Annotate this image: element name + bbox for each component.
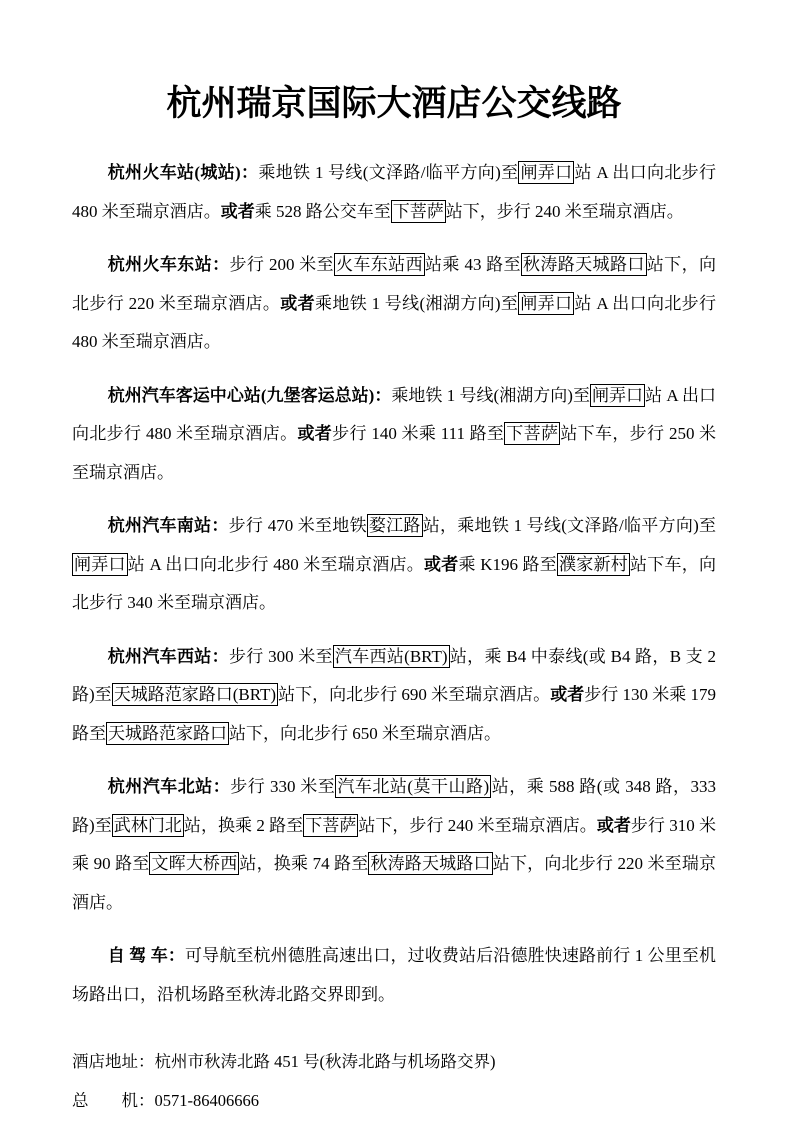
section-heading: 杭州汽车西站： [108,647,229,666]
boxed-stop-name: 文晖大桥西 [149,852,239,875]
hotel-address-line: 酒店地址：杭州市秋涛北路 451 号(秋涛北路与机场路交界) [72,1042,716,1081]
section-heading: 杭州火车东站： [108,255,230,274]
route-sections: 杭州火车站(城站)：乘地铁 1 号线(文泽路/临平方向)至闸弄口站 A 出口向北… [72,154,716,1014]
body-text: 乘 K196 路至 [459,555,558,574]
boxed-stop-name: 火车东站西 [334,253,425,276]
body-text: 站下，向北步行 650 米至瑞京酒店。 [229,724,501,743]
body-text: 站下，向北步行 690 米至瑞京酒店。 [278,685,550,704]
route-paragraph: 杭州汽车南站：步行 470 米至地铁婺江路站，乘地铁 1 号线(文泽路/临平方向… [72,507,716,623]
section-heading: 杭州汽车客运中心站(九堡客运总站)： [108,386,392,405]
body-text: 乘地铁 1 号线(湘湖方向)至 [315,294,518,313]
boxed-stop-name: 闸弄口 [72,553,128,576]
body-text: 或者 [297,424,332,443]
body-text: 乘 528 路公交车至 [255,202,391,221]
body-text: 步行 300 米至 [229,647,333,666]
hotel-address-value: 杭州市秋涛北路 451 号(秋涛北路与机场路交界) [155,1052,496,1071]
body-text: 步行 330 米至 [230,777,335,796]
section-heading: 杭州汽车南站： [108,516,229,535]
boxed-stop-name: 武林门北 [112,814,184,837]
body-text: 或者 [597,816,631,835]
boxed-stop-name: 闸弄口 [518,292,574,315]
boxed-stop-name: 汽车北站(莫干山路) [335,775,491,798]
boxed-stop-name: 濮家新村 [557,553,630,576]
boxed-stop-name: 天城路范家路口(BRT) [112,683,278,706]
section-heading: 杭州火车站(城站)： [108,163,259,182]
body-text: 步行 200 米至 [230,255,334,274]
boxed-stop-name: 闸弄口 [590,384,645,407]
hotel-phone-label: 总 机： [72,1091,155,1110]
boxed-stop-name: 下菩萨 [391,200,446,223]
body-text: 或者 [280,294,315,313]
route-paragraph: 杭州火车东站：步行 200 米至火车东站西站乘 43 路至秋涛路天城路口站下，向… [72,246,716,362]
section-heading: 自 驾 车： [108,946,185,965]
boxed-stop-name: 婺江路 [367,514,423,537]
body-text: 站下，步行 240 米至瑞京酒店。 [446,202,684,221]
body-text: 站，乘地铁 1 号线(文泽路/临平方向)至 [423,516,716,535]
body-text: 站乘 43 路至 [425,255,521,274]
body-text: 站，换乘 2 路至 [184,816,303,835]
route-paragraph: 自 驾 车：可导航至杭州德胜高速出口，过收费站后沿德胜快速路前行 1 公里至机场… [72,937,716,1014]
route-paragraph: 杭州汽车北站：步行 330 米至汽车北站(莫干山路)站，乘 588 路(或 34… [72,768,716,922]
route-paragraph: 杭州汽车西站：步行 300 米至汽车西站(BRT)站，乘 B4 中泰线(或 B4… [72,638,716,754]
body-text: 或者 [424,555,459,574]
boxed-stop-name: 下菩萨 [303,814,358,837]
body-text: 乘地铁 1 号线(湘湖方向)至 [391,386,590,405]
body-text: 乘地铁 1 号线(文泽路/临平方向)至 [258,163,518,182]
boxed-stop-name: 天城路范家路口 [106,722,229,745]
hotel-phone-line: 总 机：0571-86406666 [72,1081,716,1120]
boxed-stop-name: 闸弄口 [518,161,574,184]
body-text: 站 A 出口向北步行 480 米至瑞京酒店。 [128,555,424,574]
document-title: 杭州瑞京国际大酒店公交线路 [72,76,716,126]
footer: 酒店地址：杭州市秋涛北路 451 号(秋涛北路与机场路交界) 总 机：0571-… [72,1042,716,1120]
boxed-stop-name: 秋涛路天城路口 [368,852,492,875]
boxed-stop-name: 秋涛路天城路口 [521,253,647,276]
boxed-stop-name: 汽车西站(BRT) [333,645,450,668]
body-text: 站，换乘 74 路至 [239,854,368,873]
body-text: 步行 140 米乘 111 路至 [332,424,504,443]
hotel-address-label: 酒店地址： [72,1052,155,1071]
body-text: 步行 470 米至地铁 [229,516,367,535]
boxed-stop-name: 下菩萨 [504,422,560,445]
body-text: 或者 [550,685,584,704]
route-paragraph: 杭州火车站(城站)：乘地铁 1 号线(文泽路/临平方向)至闸弄口站 A 出口向北… [72,154,716,231]
body-text: 或者 [221,202,255,221]
route-paragraph: 杭州汽车客运中心站(九堡客运总站)：乘地铁 1 号线(湘湖方向)至闸弄口站 A … [72,377,716,493]
hotel-phone-value: 0571-86406666 [155,1091,260,1110]
document-page: 杭州瑞京国际大酒店公交线路 杭州火车站(城站)：乘地铁 1 号线(文泽路/临平方… [0,0,788,1122]
section-heading: 杭州汽车北站： [108,777,231,796]
body-text: 站下，步行 240 米至瑞京酒店。 [358,816,597,835]
